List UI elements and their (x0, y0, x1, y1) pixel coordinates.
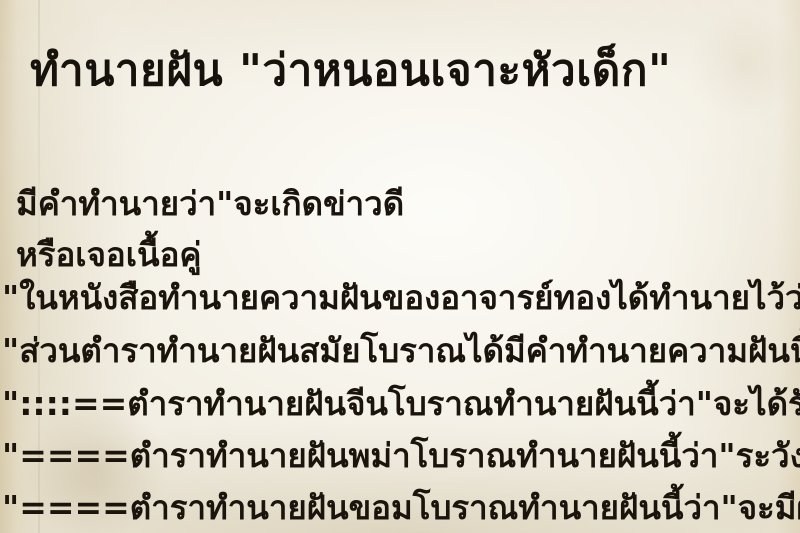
interpretation-line: มีคำทำนายว่า"จะเกิดข่าวดี (16, 183, 404, 226)
interpretation-line: "ในหนังสือทำนายความฝันของอาจารย์ทองได้ทำ… (2, 277, 800, 320)
interpretation-line: "ส่วนตำราทำนายฝันสมัยโบราณได้มีคำทำนายคว… (2, 330, 800, 373)
page-title: ทำนายฝัน "ว่าหนอนเจาะหัวเด็ก" (30, 43, 671, 98)
interpretation-line: หรือเจอเนื้อคู่ (16, 234, 201, 277)
dream-interpretation-page: ทำนายฝัน "ว่าหนอนเจาะหัวเด็ก" มีคำทำนายว… (0, 0, 800, 533)
interpretation-line: "====ตำราทำนายฝันพม่าโบราณทำนายฝันนี้ว่า… (2, 435, 800, 478)
interpretation-line: "====ตำราทำนายฝันขอมโบราณทำนายฝันนี้ว่า"… (2, 487, 800, 530)
interpretation-line: "::::==ตำราทำนายฝันจีนโบราณทำนายฝันนี้ว่… (2, 383, 800, 426)
